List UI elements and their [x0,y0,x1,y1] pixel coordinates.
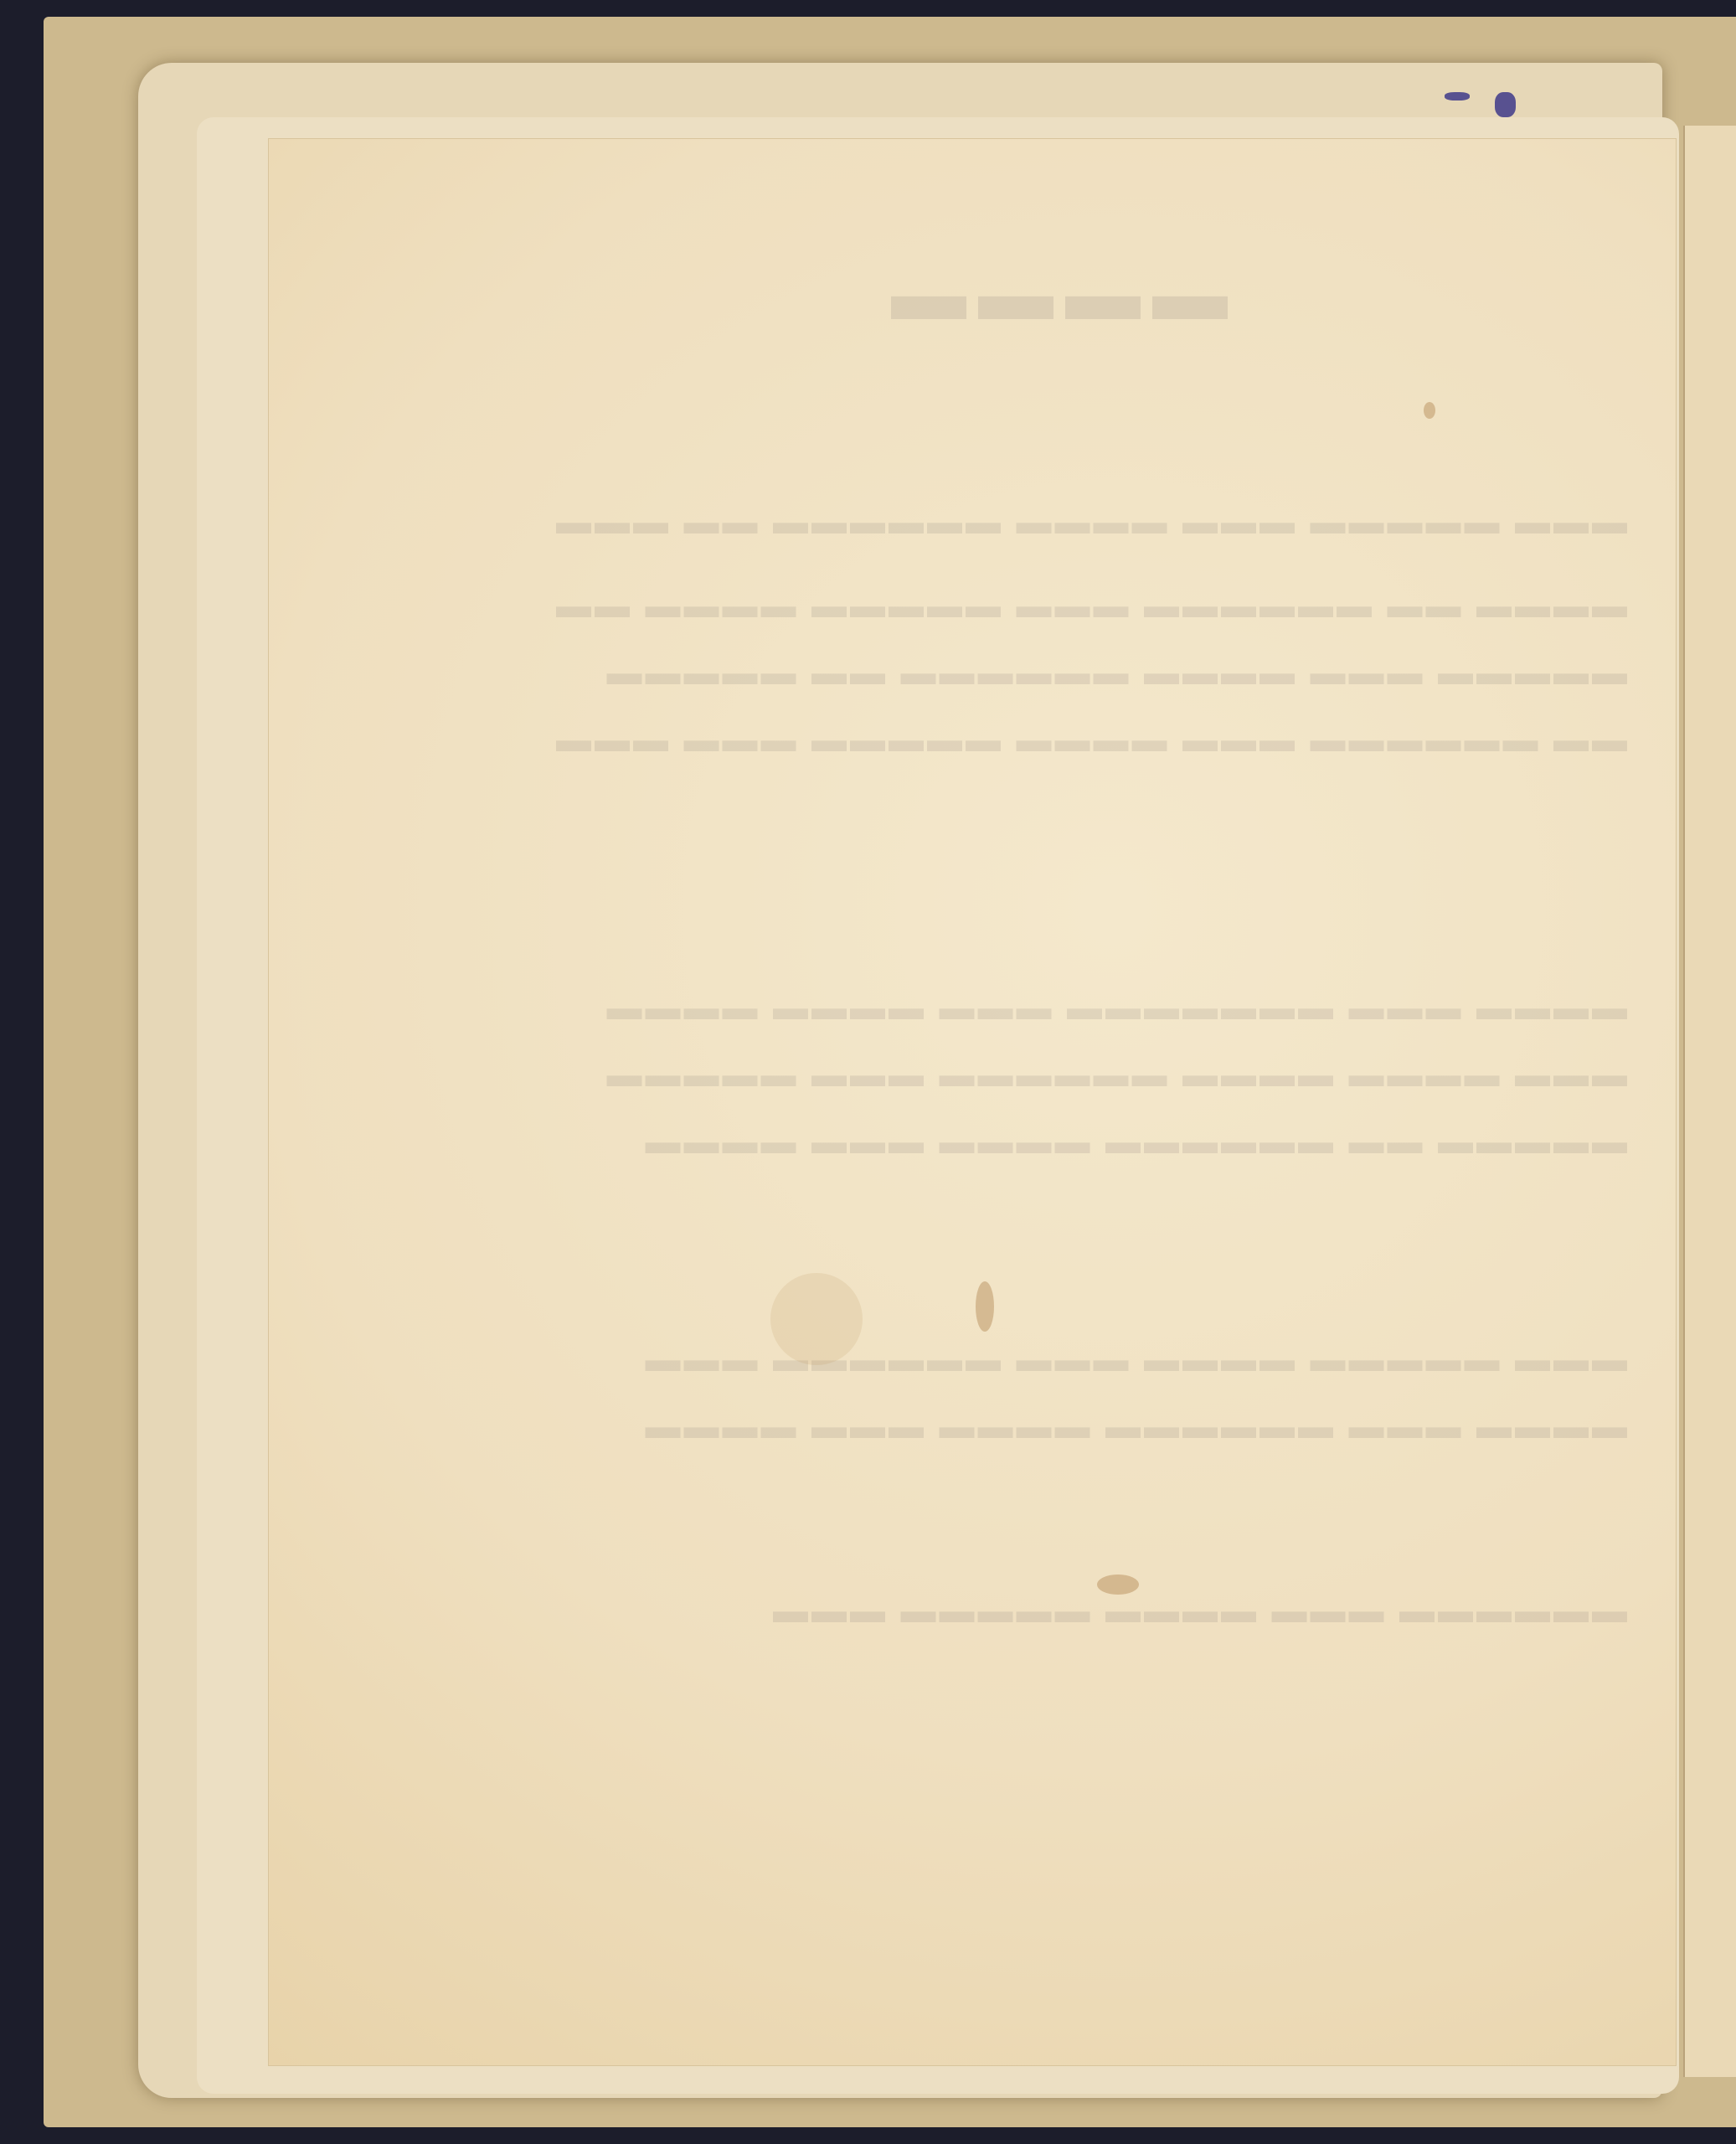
show-through-line: ▬▬ ▬▬▬▬▬▬ ▬▬▬ ▬▬▬▬ ▬▬▬▬▬ ▬▬▬ ▬▬▬ [352,720,1627,760]
show-through-line: ▬▬▬ ▬▬▬▬ ▬▬▬▬ ▬▬▬▬▬▬ ▬▬▬ ▬▬▬▬▬ [352,1055,1627,1095]
document-page [268,138,1677,2066]
show-through-line: ▬▬▬▬▬ ▬▬ ▬▬▬▬▬▬ ▬▬▬▬ ▬▬▬ ▬▬▬▬ [352,1122,1627,1162]
water-stain [770,1273,863,1365]
show-through-heading: ▬▬▬▬ [879,251,1228,338]
foxing-spot [1097,1574,1139,1595]
foxing-spot [1424,402,1435,419]
show-through-line: ▬▬▬▬ ▬▬▬ ▬▬▬▬▬▬▬ ▬▬▬ ▬▬▬▬ ▬▬▬▬ [352,988,1627,1028]
ink-mark [1495,92,1516,117]
show-through-line: ▬▬▬▬ ▬▬ ▬▬▬▬▬▬ ▬▬▬ ▬▬▬▬▬ ▬▬▬▬ ▬▬ [352,586,1627,626]
foxing-spot [976,1281,994,1332]
facing-page-edge [1683,126,1736,2077]
show-through-line: ▬▬▬▬ ▬▬▬ ▬▬▬▬▬▬ ▬▬▬▬ ▬▬▬ ▬▬▬▬ [352,1407,1627,1447]
show-through-line: ▬▬▬▬▬ ▬▬▬ ▬▬▬▬ ▬▬▬▬▬▬ ▬▬ ▬▬▬▬▬ [352,653,1627,693]
show-through-line: ▬▬▬▬▬▬ ▬▬▬ ▬▬▬▬ ▬▬▬▬▬ ▬▬▬ [352,1591,1627,1631]
show-through-line: ▬▬▬ ▬▬▬▬▬ ▬▬▬▬ ▬▬▬ ▬▬▬▬▬▬ ▬▬▬ [352,1340,1627,1380]
ink-mark [1445,92,1470,100]
show-through-line: ▬▬▬ ▬▬▬▬▬ ▬▬▬ ▬▬▬▬ ▬▬▬▬▬▬ ▬▬ ▬▬▬ [352,502,1627,543]
